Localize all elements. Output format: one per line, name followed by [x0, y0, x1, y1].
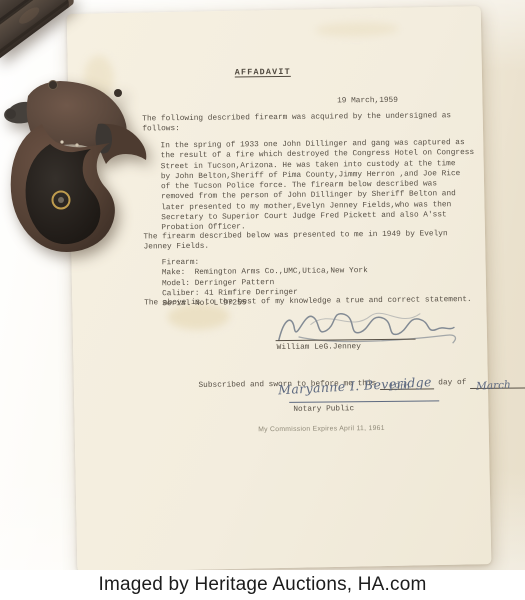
month-blank: March [470, 387, 525, 389]
derringer-pistol [0, 0, 222, 266]
barrel-group [0, 0, 79, 89]
pivot-screw [114, 89, 122, 97]
notary-signature-line [289, 400, 439, 403]
document-date: 19 March,1959 [337, 96, 398, 107]
auction-photo: AFFADAVIT 19 March,1959 The following de… [0, 0, 525, 600]
sworn-middle: day of [438, 378, 466, 389]
handwritten-month: March [476, 380, 511, 392]
notary-title: Notary Public [293, 404, 354, 415]
breech-screw [49, 81, 58, 90]
caption-text: Imaged by Heritage Auctions, HA.com [98, 574, 426, 596]
caption-bar: Imaged by Heritage Auctions, HA.com [0, 570, 525, 600]
commission-expiry-line: My Commission Expires April 11, 1961 [191, 423, 451, 436]
signer-typed-name: William LeG.Jenney [277, 342, 361, 353]
